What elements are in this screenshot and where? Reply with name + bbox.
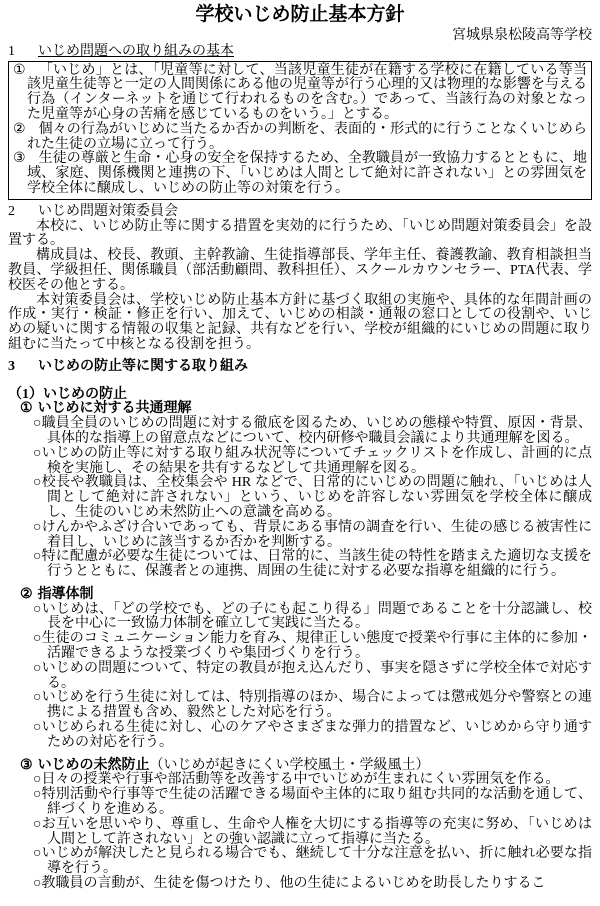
group3-number: ③ — [20, 758, 33, 773]
box-item-text: 生徒の尊厳と生命・心身の安全を保持するため、全教職員が一致協力するとともに、地域… — [27, 151, 587, 196]
group3-heading-suffix: （いじめが起きにくい学校風土・学級風土） — [150, 758, 430, 773]
box-item-number: ② — [13, 122, 26, 137]
section3-heading: 3いじめの防止等に関する取り組み — [8, 360, 592, 375]
document-page: 学校いじめ防止基本方針 宮城県泉松陵高等学校 1いじめ問題への取り組みの基本 ①… — [8, 4, 592, 892]
subsection1-label: （1） — [8, 387, 43, 402]
bullet-item: ○特に配慮が必要な生徒については、日常的に、当該生徒の特性を踏まえた適切な支援を… — [33, 550, 592, 580]
group1-bullets: ○職員全員のいじめの問題に対する徹底を図るため、いじめの態様や特質、原因・背景、… — [33, 417, 592, 580]
group2-number: ② — [20, 587, 33, 602]
section2-number: 2 — [8, 205, 38, 220]
section2-heading-text: いじめ問題対策委員会 — [38, 204, 178, 219]
section3-number: 3 — [8, 360, 38, 375]
box-item-text: 個々の行為がいじめに当たるか否かの判断を、表面的・形式的に行うことなくいじめられ… — [27, 122, 587, 152]
bullet-item: ○いじめられる生徒に対し、心のケアやさまざまな弾力的措置など、いじめから守り通す… — [33, 721, 592, 751]
bullet-item: ○特別活動や行事等で生徒の活躍できる場面や主体的に取り組む共同的な活動を通して、… — [33, 788, 592, 818]
policy-group-2: ②指導体制 ○いじめは、「どの学校でも、どの子にも起こり得る」問題であることを十… — [8, 588, 592, 751]
policy-group-1: ①いじめに対する共通理解 ○職員全員のいじめの問題に対する徹底を図るため、いじめ… — [8, 402, 592, 580]
school-name: 宮城県泉松陵高等学校 — [8, 29, 592, 44]
page-title: 学校いじめ防止基本方針 — [8, 4, 592, 26]
policy-group-3: ③いじめの未然防止（いじめが起きにくい学校風土・学級風土） ○日々の授業や行事や… — [8, 759, 592, 892]
paragraph: 構成員は、校長、教頭、主幹教諭、生徒指導部長、学年主任、養護教諭、教育相談担当教… — [8, 249, 592, 293]
subsection1-heading-text: いじめの防止 — [43, 387, 127, 402]
box-item-number: ③ — [13, 151, 26, 166]
box-item-text: 「いじめ」とは、「児童等に対して、当該児童生徒が在籍する学校に在籍している等当該… — [27, 63, 587, 122]
box-item: ②個々の行為がいじめに当たるか否かの判断を、表面的・形式的に行うことなくいじめら… — [13, 123, 587, 153]
box-item: ①「いじめ」とは、「児童等に対して、当該児童生徒が在籍する学校に在籍している等当… — [13, 64, 587, 123]
section1-number: 1 — [8, 45, 38, 60]
group1-number: ① — [20, 401, 33, 416]
group1-heading-text: いじめに対する共通理解 — [38, 401, 192, 416]
section1-heading-text: いじめ問題への取り組みの基本 — [38, 44, 234, 59]
bullet-item: ○お互いを思いやり、尊重し、生命や人権を大切にする指導等の充実に努め、「いじめは… — [33, 818, 592, 848]
bullet-item: ○いじめの防止等に対する取り組み状況等についてチェックリストを作成し、計画的に点… — [33, 447, 592, 477]
bullet-item: ○職員全員のいじめの問題に対する徹底を図るため、いじめの態様や特質、原因・背景、… — [33, 417, 592, 447]
bullet-item: ○いじめは、「どの学校でも、どの子にも起こり得る」問題であることを十分認識し、校… — [33, 603, 592, 633]
group3-heading-text: いじめの未然防止 — [38, 758, 150, 773]
bullet-item: ○いじめを行う生徒に対しては、特別指導のほか、場合によっては懲戒処分や警察との連… — [33, 691, 592, 721]
section2-body: 本校に、いじめ防止等に関する措置を実効的に行うため、「いじめ問題対策委員会」を設… — [8, 220, 592, 353]
bullet-item: ○いじめの問題について、特定の教員が抱え込んだり、事実を隠さずに学校全体で対応す… — [33, 662, 592, 692]
group2-bullets: ○いじめは、「どの学校でも、どの子にも起こり得る」問題であることを十分認識し、校… — [33, 603, 592, 751]
bullet-item: ○いじめが解決したと見られる場合でも、継続して十分な注意を払い、折に触れ必要な指… — [33, 847, 592, 877]
paragraph: 本対策委員会は、学校いじめ防止基本方針に基づく取組の実施や、具体的な年間計画の作… — [8, 294, 592, 353]
group3-bullets: ○日々の授業や行事や部活動等を改善する中でいじめが生まれにくい雰囲気を作る。 ○… — [33, 773, 592, 891]
paragraph: 本校に、いじめ防止等に関する措置を実効的に行うため、「いじめ問題対策委員会」を設… — [8, 220, 592, 250]
group2-heading-text: 指導体制 — [38, 587, 94, 602]
section3-heading-text: いじめの防止等に関する取り組み — [38, 359, 248, 374]
section1-heading: 1いじめ問題への取り組みの基本 — [8, 45, 592, 60]
bullet-item: ○生徒のコミュニケーション能力を育み、規律正しい態度で授業や行事に主体的に参加・… — [33, 632, 592, 662]
group1-heading: ①いじめに対する共通理解 — [20, 402, 592, 417]
bullet-item: ○校長や教職員は、全校集会や HR などで、日常的にいじめの問題に触れ、「いじめ… — [33, 476, 592, 520]
bullet-item: ○教職員の言動が、生徒を傷つけたり、他の生徒によるいじめを助長したりするこ — [33, 877, 592, 892]
box-item: ③生徒の尊厳と生命・心身の安全を保持するため、全教職員が一致協力するとともに、地… — [13, 152, 587, 196]
section2-heading: 2いじめ問題対策委員会 — [8, 205, 592, 220]
box-item-number: ① — [13, 63, 26, 78]
group2-heading: ②指導体制 — [20, 588, 592, 603]
definition-box: ①「いじめ」とは、「児童等に対して、当該児童生徒が在籍する学校に在籍している等当… — [8, 61, 592, 200]
bullet-item: ○けんかやふざけ合いであっても、背景にある事情の調査を行い、生徒の感じる被害性に… — [33, 521, 592, 551]
